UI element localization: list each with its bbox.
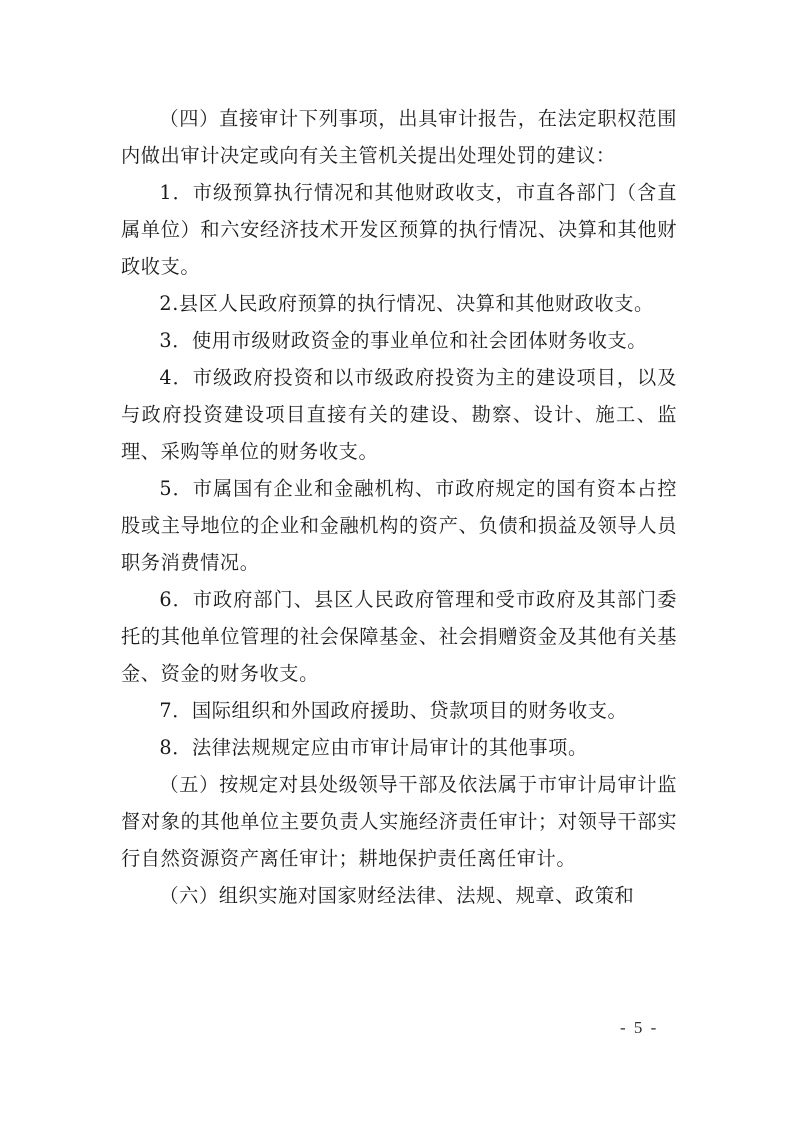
list-item-1: 1．市级预算执行情况和其他财政收支，市直各部门（含直属单位）和六安经济技术开发区… (121, 174, 677, 285)
list-item-4: 4．市级政府投资和以市级政府投资为主的建设项目，以及与政府投资建设项目直接有关的… (121, 359, 677, 470)
list-item-3: 3．使用市级财政资金的事业单位和社会团体财务收支。 (121, 322, 677, 359)
paragraph-section-4-intro: （四）直接审计下列事项，出具审计报告，在法定职权范围内做出审计决定或向有关主管机… (121, 100, 677, 174)
page-number: - 5 - (620, 1018, 658, 1038)
list-item-6: 6．市政府部门、县区人民政府管理和受市政府及其部门委托的其他单位管理的社会保障基… (121, 581, 677, 692)
list-item-7: 7．国际组织和外国政府援助、贷款项目的财务收支。 (121, 692, 677, 729)
paragraph-section-6: （六）组织实施对国家财经法律、法规、规章、政策和 (121, 877, 677, 914)
list-item-2: 2.县区人民政府预算的执行情况、决算和其他财政收支。 (121, 285, 677, 322)
list-item-8: 8．法律法规规定应由市审计局审计的其他事项。 (121, 729, 677, 766)
document-page: （四）直接审计下列事项，出具审计报告，在法定职权范围内做出审计决定或向有关主管机… (121, 100, 677, 914)
paragraph-section-5: （五）按规定对县处级领导干部及依法属于市审计局审计监督对象的其他单位主要负责人实… (121, 766, 677, 877)
list-item-5: 5．市属国有企业和金融机构、市政府规定的国有资本占控股或主导地位的企业和金融机构… (121, 470, 677, 581)
